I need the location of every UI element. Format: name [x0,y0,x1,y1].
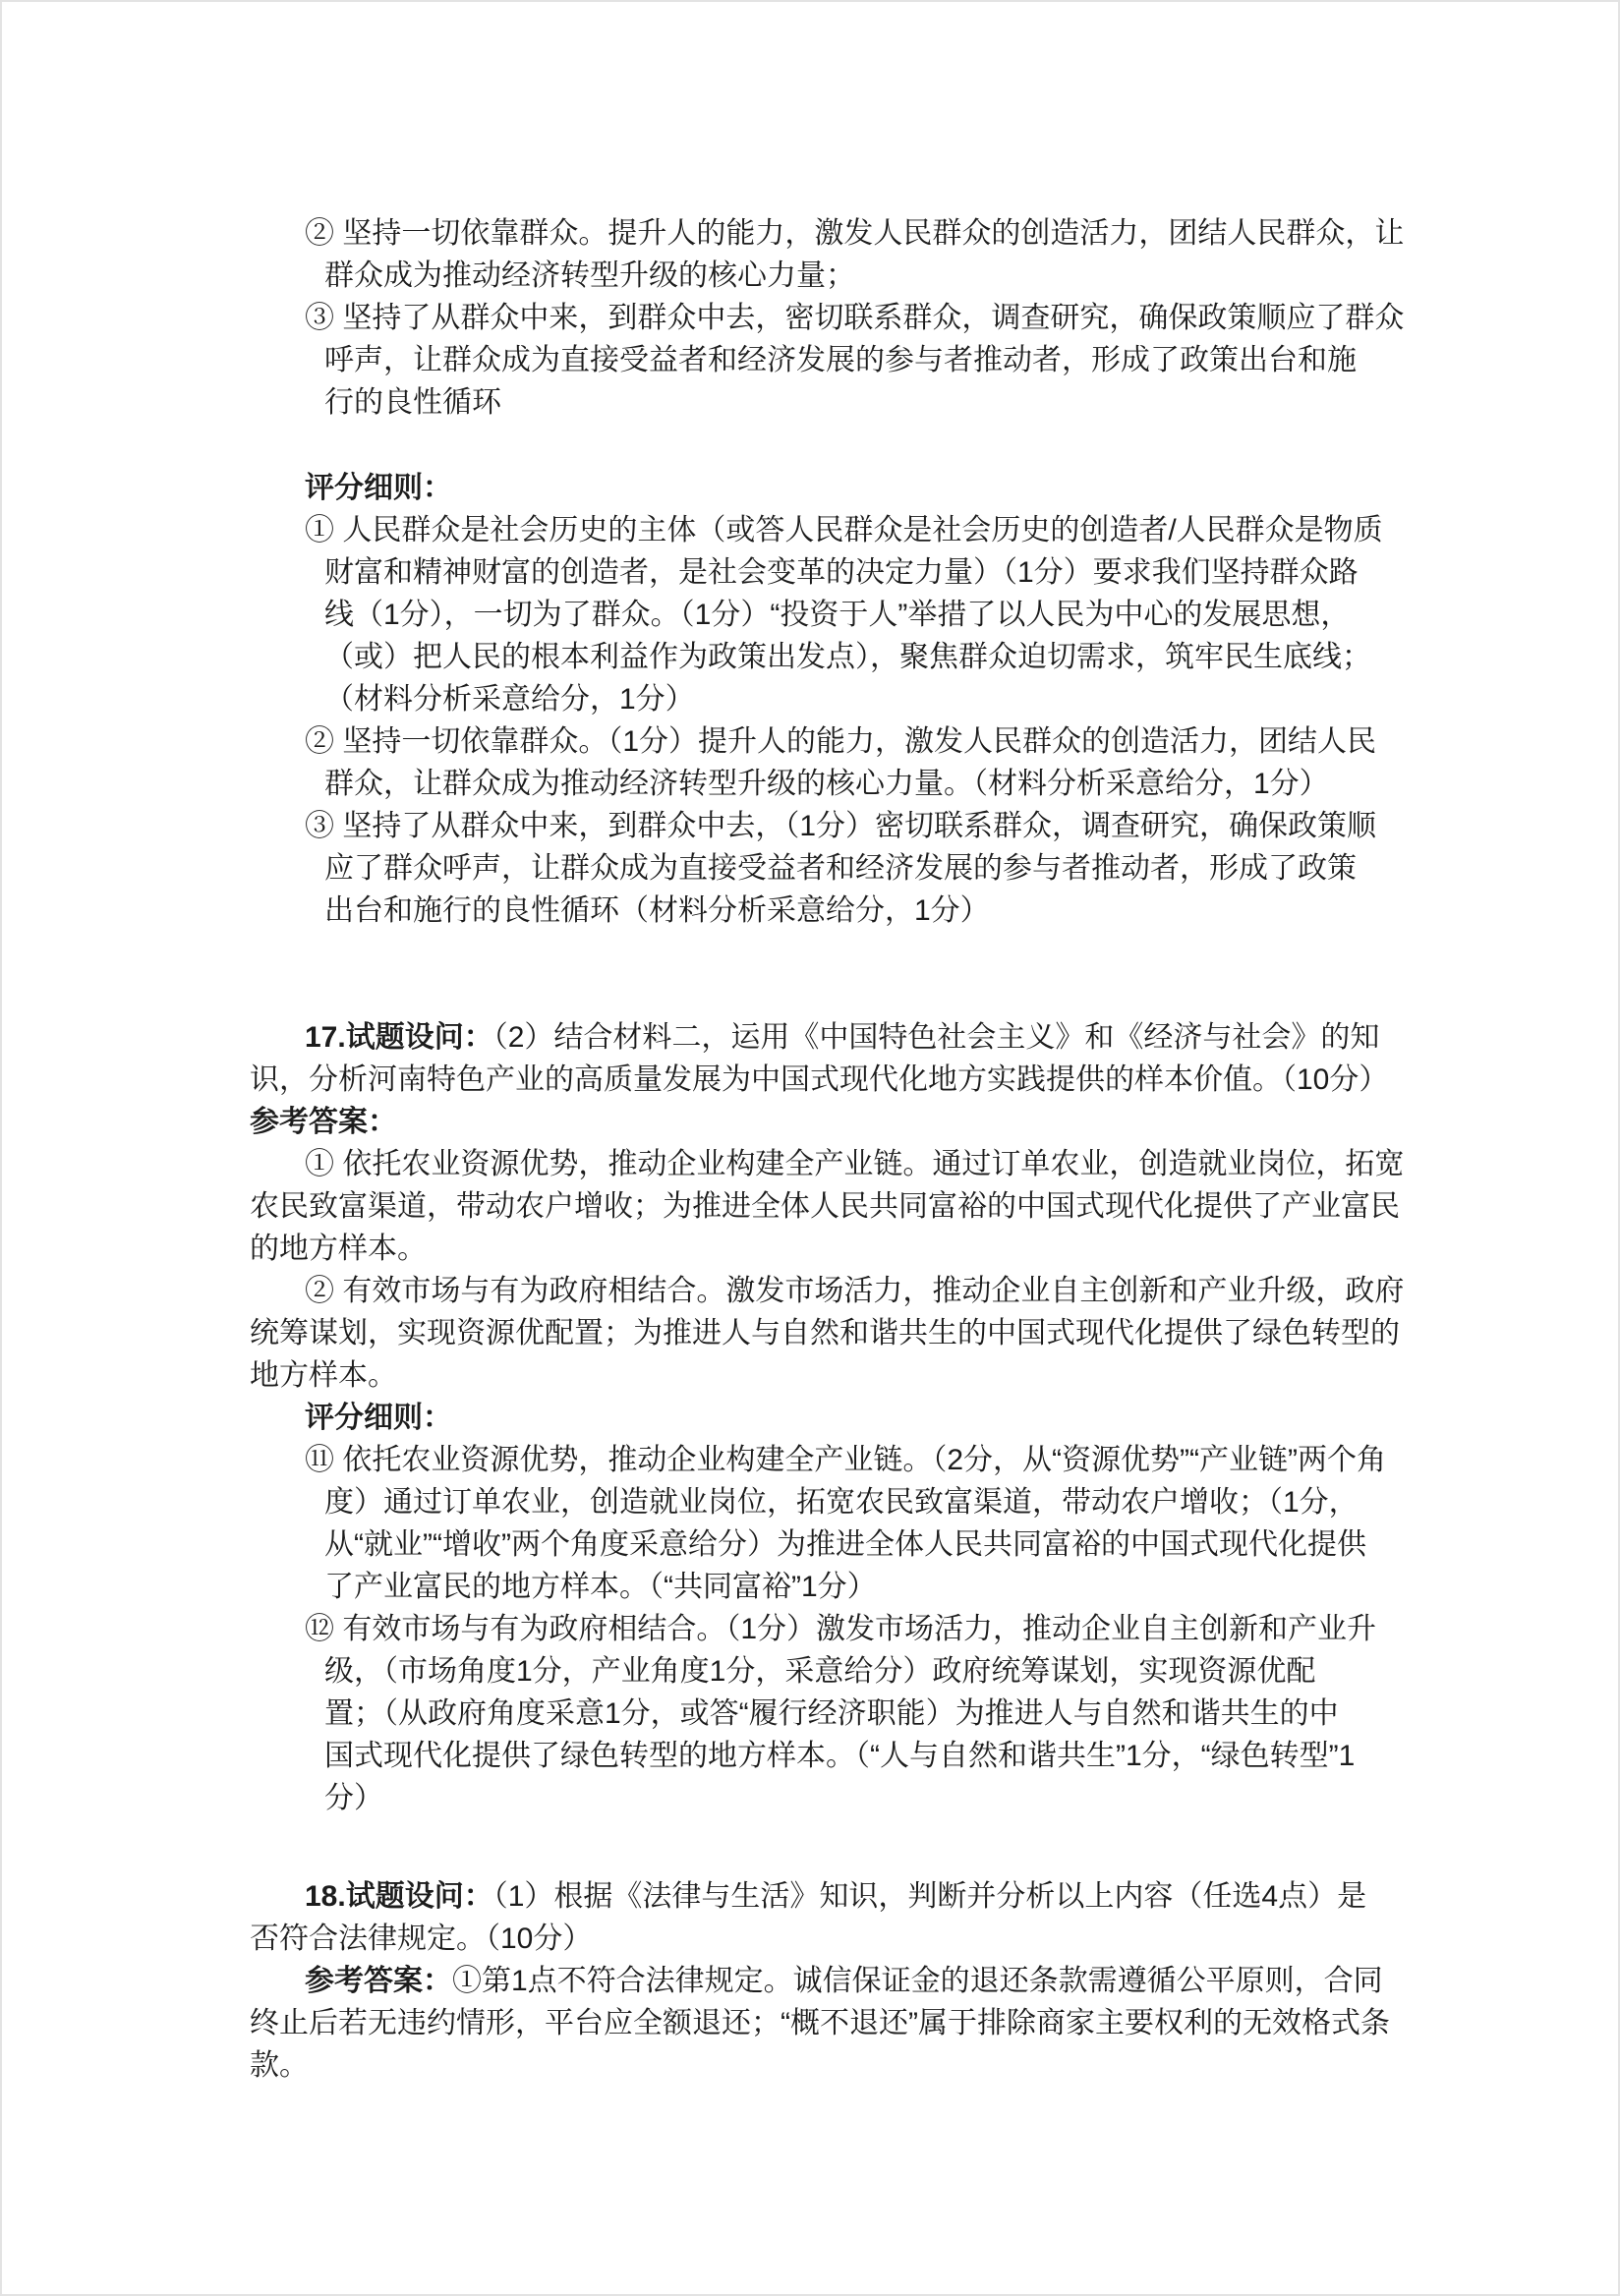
text-line: 出台和施行的良性循环（材料分析采意给分，1分） [324,890,1439,932]
text-line: 线（1分），一切为了群众。（1分）“投资于人”举措了以人民为中心的发展思想， [324,594,1439,636]
text-segment: 线（1分），一切为了群众。（1分）“投资于人”举措了以人民为中心的发展思想， [324,599,1350,631]
text-line: ① 依托农业资源优势，推动企业构建全产业链。通过订单农业，创造就业岗位，拓宽 [305,1143,1439,1185]
text-line: 财富和精神财富的创造者，是社会变革的决定力量）（1分）要求我们坚持群众路 [324,551,1439,594]
text-line: 18.试题设问：（1）根据《法律与生活》知识，判断并分析以上内容（任选4点）是 [305,1875,1439,1918]
text-line: ② 坚持一切依靠群众。提升人的能力，激发人民群众的创造活力，团结人民群众，让 [305,212,1439,255]
text-segment: 国式现代化提供了绿色转型的地方样本。（“人与自然和谐共生”1分，“绿色转型”1 [324,1740,1355,1772]
text-line: （或）把人民的根本利益作为政策出发点），聚焦群众迫切需求，筑牢民生底线； [324,636,1439,678]
text-line: 的地方样本。 [250,1228,1439,1270]
text-line: ③ 坚持了从群众中来，到群众中去，密切联系群众，调查研究，确保政策顺应了群众 [305,297,1439,339]
text-segment: 呼声，让群众成为直接受益者和经济发展的参与者推动者，形成了政策出台和施 [324,344,1357,376]
text-segment: 群众成为推动经济转型升级的核心力量； [324,259,855,292]
text-segment-bold: 评分细则： [305,472,452,504]
text-line: 统筹谋划，实现资源优配置；为推进人与自然和谐共生的中国式现代化提供了绿色转型的 [250,1312,1439,1354]
text-segment: 了产业富民的地方样本。（“共同富裕”1分） [324,1571,877,1603]
text-line: 应了群众呼声，让群众成为直接受益者和经济发展的参与者推动者，形成了政策 [324,847,1439,890]
text-segment: 的地方样本。 [250,1233,427,1265]
text-line: 了产业富民的地方样本。（“共同富裕”1分） [324,1566,1439,1608]
text-line: ⑪ 依托农业资源优势，推动企业构建全产业链。（2分，从“资源优势”“产业链”两个… [305,1439,1439,1481]
text-line: 参考答案：①第1点不符合法律规定。诚信保证金的退还条款需遵循公平原则，合同 [305,1960,1439,2002]
text-line: 级，（市场角度1分，产业角度1分，采意给分）政府统筹谋划，实现资源优配 [324,1650,1439,1693]
text-segment: 识，分析河南特色产业的高质量发展为中国式现代化地方实践提供的样本价值。（10分） [250,1063,1388,1096]
text-segment-bold: 17.试题设问： [305,1021,493,1054]
text-line: 否符合法律规定。（10分） [250,1918,1439,1960]
text-line: ② 坚持一切依靠群众。（1分）提升人的能力，激发人民群众的创造活力，团结人民 [305,720,1439,763]
text-segment: 终止后若无违约情形，平台应全额退还；“概不退还”属于排除商家主要权利的无效格式条 [250,2007,1390,2039]
text-segment: 农民致富渠道，带动农户增收；为推进全体人民共同富裕的中国式现代化提供了产业富民 [250,1190,1400,1223]
text-segment: 否符合法律规定。（10分） [250,1923,592,1955]
text-line: 终止后若无违约情形，平台应全额退还；“概不退还”属于排除商家主要权利的无效格式条 [250,2002,1439,2044]
text-line: ⑫ 有效市场与有为政府相结合。（1分）激发市场活力，推动企业自主创新和产业升 [305,1608,1439,1650]
text-segment-bold: 参考答案： [250,1106,397,1138]
text-segment: ⑪ 依托农业资源优势，推动企业构建全产业链。（2分，从“资源优势”“产业链”两个… [305,1444,1386,1476]
document-body: ② 坚持一切依靠群众。提升人的能力，激发人民群众的创造活力，团结人民群众，让群众… [250,2,1439,2087]
text-line: 国式现代化提供了绿色转型的地方样本。（“人与自然和谐共生”1分，“绿色转型”1 [324,1735,1439,1777]
text-line: 地方样本。 [250,1354,1439,1397]
text-segment: ② 有效市场与有为政府相结合。激发市场活力，推动企业自主创新和产业升级，政府 [305,1275,1404,1307]
text-line: 识，分析河南特色产业的高质量发展为中国式现代化地方实践提供的样本价值。（10分） [250,1059,1439,1101]
text-line: 呼声，让群众成为直接受益者和经济发展的参与者推动者，形成了政策出台和施 [324,339,1439,381]
text-line: 度）通过订单农业，创造就业岗位，拓宽农民致富渠道，带动农户增收；（1分， [324,1481,1439,1523]
text-segment-bold: 18.试题设问： [305,1880,493,1913]
text-segment: 财富和精神财富的创造者，是社会变革的决定力量）（1分）要求我们坚持群众路 [324,556,1359,589]
text-line: 评分细则： [305,467,1439,509]
text-segment: （材料分析采意给分，1分） [324,683,695,716]
text-line: 行的良性循环 [324,381,1439,424]
text-segment: ① 人民群众是社会历史的主体（或答人民群众是社会历史的创造者/人民群众是物质 [305,514,1383,546]
text-line: 群众，让群众成为推动经济转型升级的核心力量。（材料分析采意给分，1分） [324,763,1439,805]
text-line: 群众成为推动经济转型升级的核心力量； [324,255,1439,297]
document-page: ② 坚持一切依靠群众。提升人的能力，激发人民群众的创造活力，团结人民群众，让群众… [0,0,1620,2296]
text-segment: 统筹谋划，实现资源优配置；为推进人与自然和谐共生的中国式现代化提供了绿色转型的 [250,1317,1400,1349]
text-segment: （或）把人民的根本利益作为政策出发点），聚焦群众迫切需求，筑牢民生底线； [324,641,1371,673]
text-line: 从“就业”“增收”两个角度采意给分）为推进全体人民共同富裕的中国式现代化提供 [324,1523,1439,1566]
text-segment: ① 依托农业资源优势，推动企业构建全产业链。通过订单农业，创造就业岗位，拓宽 [305,1148,1404,1180]
text-segment: 从“就业”“增收”两个角度采意给分）为推进全体人民共同富裕的中国式现代化提供 [324,1528,1366,1561]
text-line: ② 有效市场与有为政府相结合。激发市场活力，推动企业自主创新和产业升级，政府 [305,1270,1439,1312]
text-segment: （2）结合材料二，运用《中国特色社会主义》和《经济与社会》的知 [493,1021,1380,1054]
text-segment: 度）通过订单农业，创造就业岗位，拓宽农民致富渠道，带动农户增收；（1分， [324,1486,1359,1519]
text-line: ① 人民群众是社会历史的主体（或答人民群众是社会历史的创造者/人民群众是物质 [305,509,1439,551]
text-line: 款。 [250,2044,1439,2087]
text-segment: ①第1点不符合法律规定。诚信保证金的退还条款需遵循公平原则，合同 [452,1965,1383,1997]
text-line: 17.试题设问：（2）结合材料二，运用《中国特色社会主义》和《经济与社会》的知 [305,1016,1439,1059]
text-line: 参考答案： [250,1101,1439,1143]
text-segment: （1）根据《法律与生活》知识，判断并分析以上内容（任选4点）是 [493,1880,1366,1913]
text-line: 农民致富渠道，带动农户增收；为推进全体人民共同富裕的中国式现代化提供了产业富民 [250,1185,1439,1228]
text-segment: 级，（市场角度1分，产业角度1分，采意给分）政府统筹谋划，实现资源优配 [324,1655,1315,1688]
text-segment: 置；（从政府角度采意1分，或答“履行经济职能）为推进人与自然和谐共生的中 [324,1697,1339,1730]
text-line: 置；（从政府角度采意1分，或答“履行经济职能）为推进人与自然和谐共生的中 [324,1693,1439,1735]
text-segment: ② 坚持一切依靠群众。提升人的能力，激发人民群众的创造活力，团结人民群众，让 [305,217,1404,250]
text-segment: ③ 坚持了从群众中来，到群众中去，（1分）密切联系群众，调查研究，确保政策顺 [305,810,1376,842]
text-segment: 款。 [250,2049,309,2082]
text-segment: 出台和施行的良性循环（材料分析采意给分，1分） [324,894,990,927]
text-line: 分） [324,1777,1439,1819]
text-segment: ⑫ 有效市场与有为政府相结合。（1分）激发市场活力，推动企业自主创新和产业升 [305,1613,1376,1645]
text-line: ③ 坚持了从群众中来，到群众中去，（1分）密切联系群众，调查研究，确保政策顺 [305,805,1439,847]
text-segment: 行的良性循环 [324,386,501,419]
text-line: （材料分析采意给分，1分） [324,678,1439,720]
text-segment: ③ 坚持了从群众中来，到群众中去，密切联系群众，调查研究，确保政策顺应了群众 [305,302,1404,334]
text-segment: ② 坚持一切依靠群众。（1分）提升人的能力，激发人民群众的创造活力，团结人民 [305,725,1376,758]
text-segment: 分） [324,1782,383,1814]
text-segment-bold: 参考答案： [305,1965,452,1997]
text-line: 评分细则： [305,1397,1439,1439]
text-segment-bold: 评分细则： [305,1402,452,1434]
text-segment: 应了群众呼声，让群众成为直接受益者和经济发展的参与者推动者，形成了政策 [324,852,1357,885]
text-segment: 群众，让群众成为推动经济转型升级的核心力量。（材料分析采意给分，1分） [324,768,1329,800]
text-segment: 地方样本。 [250,1359,397,1392]
